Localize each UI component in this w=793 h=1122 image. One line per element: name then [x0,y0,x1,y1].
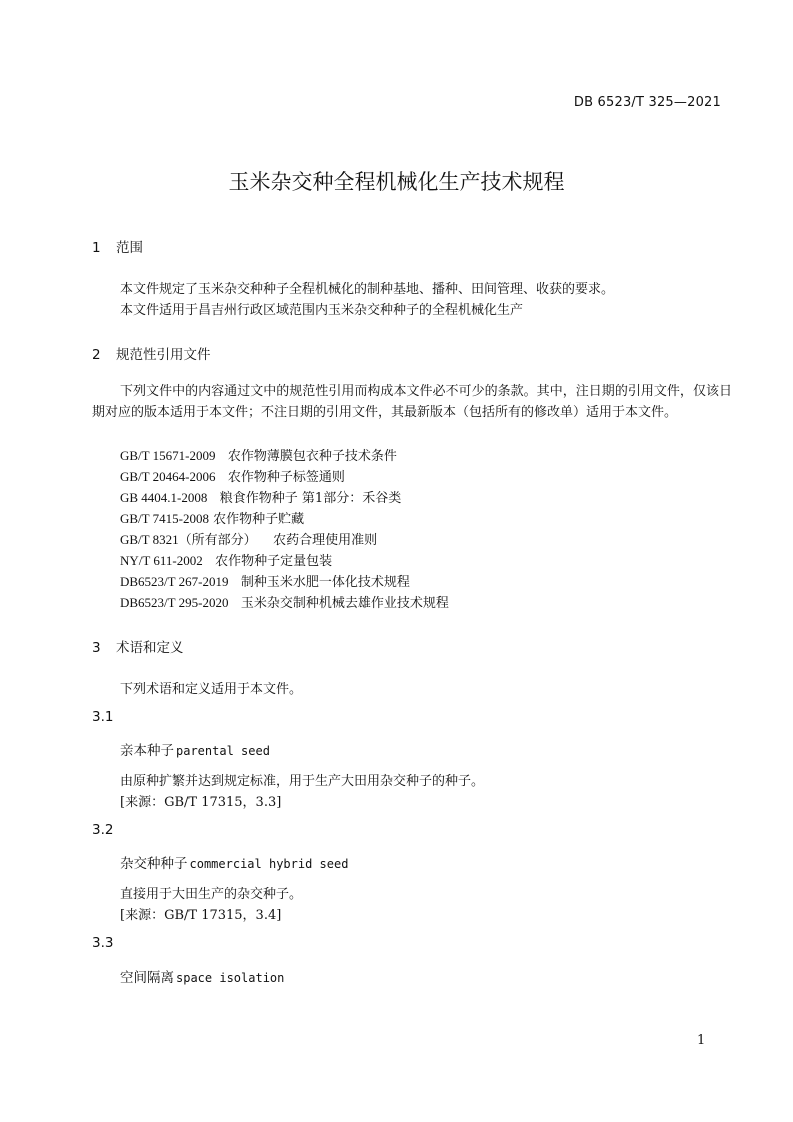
term-definition: 由原种扩繁并达到规定标准，用于生产大田用杂交种子的种子。 [120,770,484,789]
reference-title: 农作物种子标签通则 [228,470,345,485]
term-en: parental seed [176,744,270,758]
term-number: 3.2 [92,822,113,838]
reference-title: 农药合理使用准则 [273,533,377,548]
term-source: [来源：GB/T 17315，3.4] [120,904,281,923]
reference-item: GB/T 20464-2006 农作物种子标签通则 [120,466,345,485]
reference-title: 粮食作物种子 第1部分：禾谷类 [220,491,401,506]
reference-code: GB 4404.1-2008 [120,490,207,505]
paragraph: 下列文件中的内容通过文中的规范性引用而构成本文件必不可少的条款。其中，注日期的引… [92,381,732,423]
term-en: commercial hybrid seed [190,857,349,871]
document-title: 玉米杂交种全程机械化生产技术规程 [0,166,793,196]
reference-item: NY/T 611-2002 农作物种子定量包装 [120,550,332,569]
reference-code: NY/T 611-2002 [120,553,203,568]
section-2-heading: 2规范性引用文件 [92,343,211,363]
reference-code: GB/T 20464-2006 [120,469,215,484]
paragraph: 下列术语和定义适用于本文件。 [120,678,302,697]
section-3-heading: 3术语和定义 [92,636,184,656]
section-title: 规范性引用文件 [116,347,211,363]
reference-item: GB 4404.1-2008 粮食作物种子 第1部分：禾谷类 [120,487,401,506]
reference-title: 农作物薄膜包衣种子技术条件 [228,449,397,464]
section-title: 术语和定义 [116,640,184,656]
reference-title: 农作物种子定量包装 [215,554,332,569]
reference-title: 制种玉米水肥一体化技术规程 [241,575,410,590]
term-heading: 亲本种子parental seed [120,739,270,759]
document-page: DB 6523/T 325—2021 玉米杂交种全程机械化生产技术规程 1范围 … [0,0,793,1122]
reference-code: DB6523/T 267-2019 [120,574,228,589]
term-heading: 杂交种种子commercial hybrid seed [120,852,348,872]
reference-item: GB/T 8321（所有部分） 农药合理使用准则 [120,529,377,548]
term-number: 3.3 [92,935,113,951]
reference-title: 玉米杂交制种机械去雄作业技术规程 [241,596,449,611]
term-zh: 亲本种子 [120,743,174,759]
term-zh: 杂交种种子 [120,856,188,872]
term-definition: 直接用于大田生产的杂交种子。 [120,883,302,902]
paragraph: 本文件适用于昌吉州行政区域范围内玉米杂交种种子的全程机械化生产 [120,299,523,318]
document-number: DB 6523/T 325—2021 [574,95,721,110]
reference-title: 农作物种子贮藏 [213,512,304,527]
paragraph: 本文件规定了玉米杂交种种子全程机械化的制种基地、播种、田间管理、收获的要求。 [120,278,614,297]
section-number: 3 [92,640,116,656]
page-number: 1 [697,1033,705,1048]
reference-code: GB/T 8321（所有部分） [120,532,257,547]
reference-code: GB/T 15671-2009 [120,448,215,463]
term-source: [来源：GB/T 17315，3.3] [120,791,281,810]
section-title: 范围 [116,240,143,256]
reference-item: GB/T 15671-2009 农作物薄膜包衣种子技术条件 [120,445,397,464]
section-number: 2 [92,347,116,363]
term-number: 3.1 [92,709,113,725]
reference-code: GB/T 7415-2008 [120,511,209,526]
reference-item: GB/T 7415-2008 农作物种子贮藏 [120,508,304,527]
section-1-heading: 1范围 [92,236,143,256]
section-number: 1 [92,240,116,256]
term-zh: 空间隔离 [120,970,174,986]
reference-code: DB6523/T 295-2020 [120,595,228,610]
reference-item: DB6523/T 295-2020 玉米杂交制种机械去雄作业技术规程 [120,592,449,611]
reference-item: DB6523/T 267-2019 制种玉米水肥一体化技术规程 [120,571,410,590]
term-en: space isolation [176,971,284,985]
term-heading: 空间隔离space isolation [120,966,284,986]
